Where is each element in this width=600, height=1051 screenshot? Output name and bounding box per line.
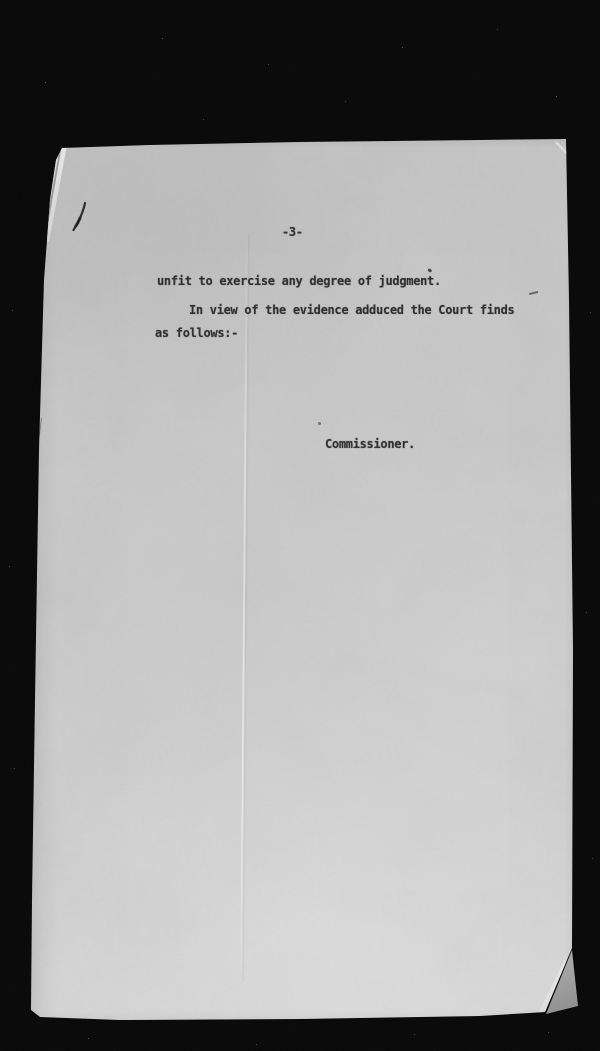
body-line: as follows:- bbox=[155, 326, 238, 340]
handwritten-mark bbox=[71, 201, 89, 235]
paper-grain-texture bbox=[28, 138, 577, 1022]
ink-fleck bbox=[318, 422, 321, 425]
body-line: unfit to exercise any degree of judgment… bbox=[157, 274, 441, 288]
signature-label: Commissioner. bbox=[325, 437, 415, 451]
scanned-photo-background: -3- unfit to exercise any degree of judg… bbox=[0, 0, 600, 1051]
page-number: -3- bbox=[282, 225, 303, 239]
body-line: In view of the evidence adduced the Cour… bbox=[189, 303, 514, 317]
dust-specks bbox=[0, 0, 1, 1]
document-page bbox=[28, 138, 577, 1022]
